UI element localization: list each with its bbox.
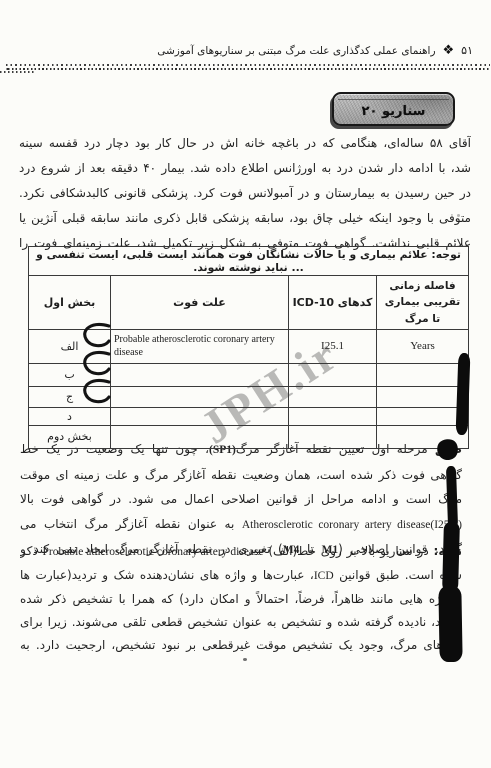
ink-smudge: [442, 522, 460, 592]
table-notice-row: توجه: علائم بیماری و یا حالات نشانگان فو…: [29, 247, 469, 276]
scenario-20-label: سناریو ۲۰: [362, 100, 426, 119]
running-title: راهنمای عملی کدگذاری علت مرگ مبتنی بر سن…: [157, 45, 435, 57]
dotted-separator-tail: [0, 71, 36, 74]
scan-speck: [457, 214, 460, 217]
interval-value: [377, 386, 469, 407]
scan-speck: [243, 658, 247, 661]
scanned-book-page: ۵۱ ❖ راهنمای عملی کدگذاری علت مرگ مبتنی …: [0, 0, 491, 768]
column-header-icd-codes: کدهای ICD-10: [289, 276, 377, 330]
row-label: بخش دوم: [29, 425, 111, 448]
cause-of-death-value: Probable atherosclerotic coronary artery…: [111, 329, 289, 363]
icd-code-value: [289, 425, 377, 448]
cause-of-death-value: [111, 363, 289, 386]
cause-of-death-value: [111, 407, 289, 425]
analysis-paragraph-2: نکته: در سناریو بالا بر روی خط(الف) Prob…: [20, 540, 462, 658]
interval-value: [377, 407, 469, 425]
table-row-part-two: بخش دوم: [29, 425, 469, 448]
dotted-separator: [6, 64, 490, 70]
interval-value: Years: [377, 329, 469, 363]
column-header-cause: علت فوت: [111, 276, 289, 330]
page-number: ۵۱: [461, 44, 473, 57]
intro-paragraph: آقای ۵۸ ساله‌ای، هنگامی که در باغچه خانه…: [19, 131, 471, 255]
icd-code-value: I25.1: [289, 329, 377, 363]
icd-code-value: [289, 363, 377, 386]
ink-smudge: [446, 466, 458, 528]
diamond-ornament-icon: ❖: [443, 44, 455, 57]
scenario-20-box: سناریو ۲۰: [332, 92, 455, 126]
table-notice-text: توجه: علائم بیماری و یا حالات نشانگان فو…: [29, 247, 469, 276]
page-header: ۵۱ ❖ راهنمای عملی کدگذاری علت مرگ مبتنی …: [60, 44, 473, 57]
icd-code-value: [289, 386, 377, 407]
icd-code-value: [289, 407, 377, 425]
interval-value: [377, 363, 469, 386]
column-header-interval: فاصله زمانی تقریبی بیماری تا مرگ: [377, 276, 469, 330]
cause-of-death-value: [111, 425, 289, 448]
handwritten-curl-icon: [78, 322, 114, 414]
ink-smudge: [438, 586, 462, 662]
cause-of-death-value: [111, 386, 289, 407]
